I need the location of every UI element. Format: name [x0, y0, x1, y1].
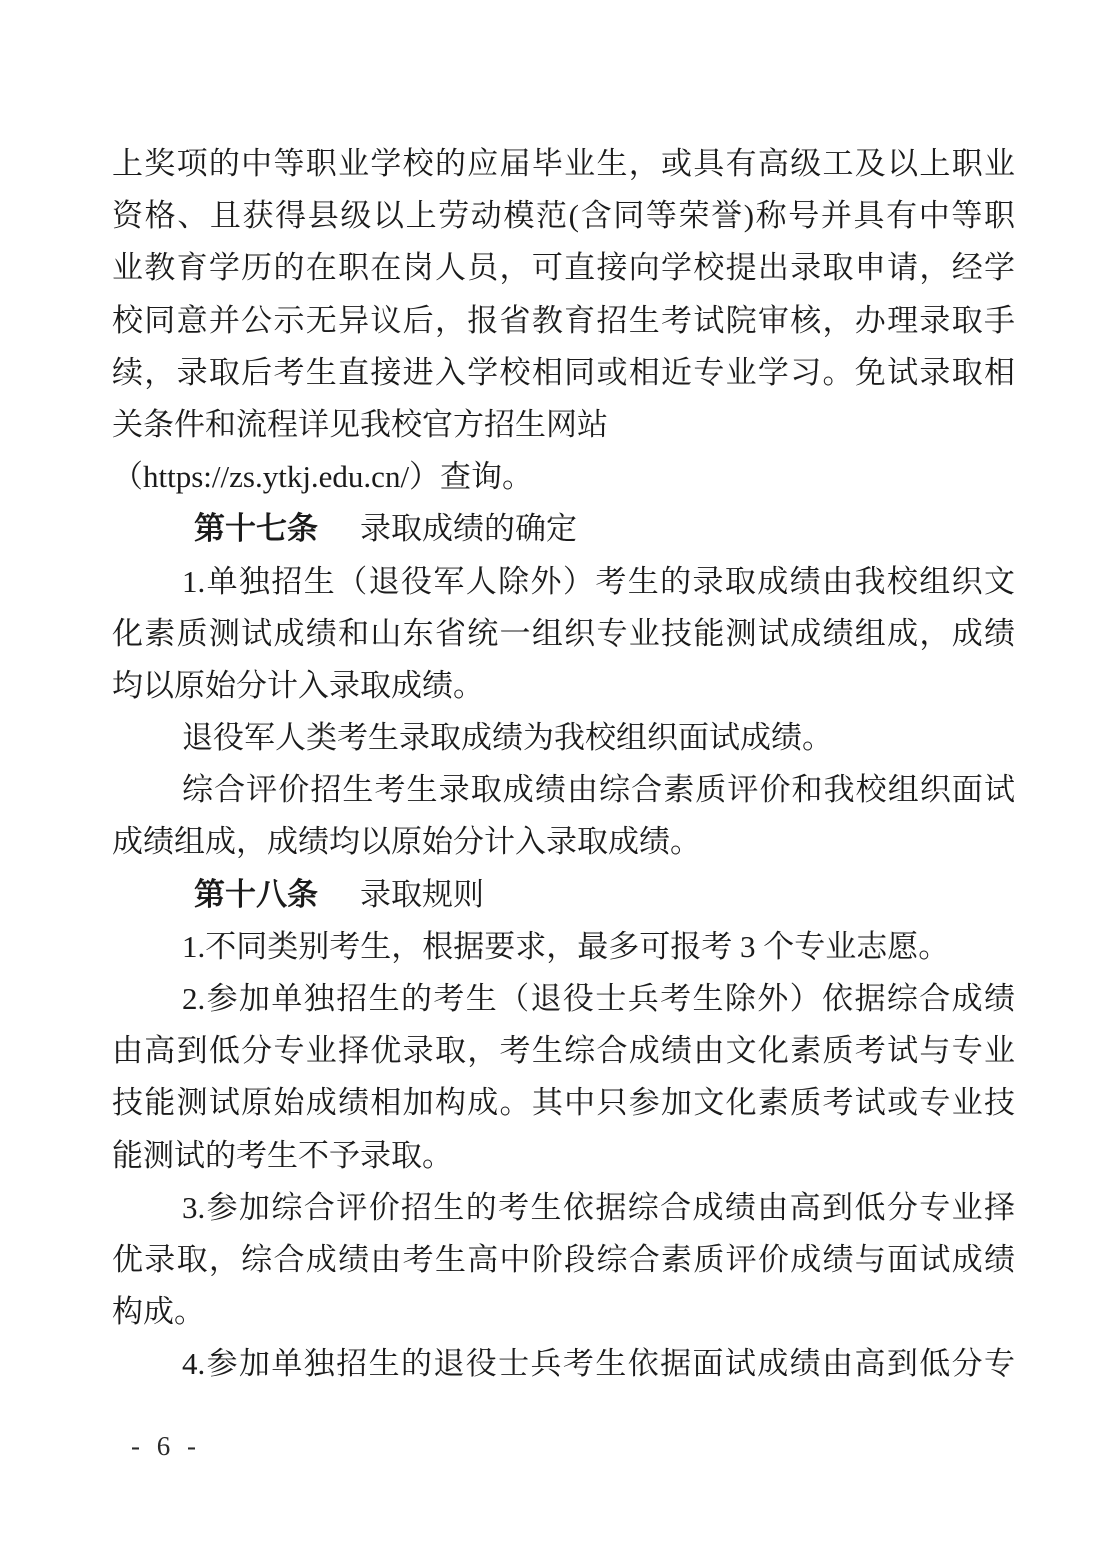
text-line: 成绩组成，成绩均以原始分计入录取成绩。 [112, 816, 1015, 868]
article-17-heading: 第十七条录取成绩的确定 [112, 503, 1015, 555]
document-page: 上奖项的中等职业学校的应届毕业生，或具有高级工及以上职业 资格、且获得县级以上劳… [0, 0, 1102, 1559]
article-title: 录取规则 [360, 877, 484, 912]
text-line: 优录取，综合成绩由考生高中阶段综合素质评价成绩与面试成绩 [112, 1234, 1015, 1286]
text-line: 续，录取后考生直接进入学校相同或相近专业学习。免试录取相 [112, 347, 1015, 399]
text-line: 1.单独招生（退役军人除外）考生的录取成绩由我校组织文 [112, 556, 1015, 608]
article-number: 第十七条 [194, 511, 318, 546]
text-line: 技能测试原始成绩相加构成。其中只参加文化素质考试或专业技 [112, 1077, 1015, 1129]
text-line: 校同意并公示无异议后，报省教育招生考试院审核，办理录取手 [112, 295, 1015, 347]
text-line: 上奖项的中等职业学校的应届毕业生，或具有高级工及以上职业 [112, 138, 1015, 190]
text-line: 均以原始分计入录取成绩。 [112, 660, 1015, 712]
page-number: - 6 - [131, 1431, 201, 1462]
text-line: 由高到低分专业择优录取，考生综合成绩由文化素质考试与专业 [112, 1025, 1015, 1077]
article-number: 第十八条 [194, 877, 318, 912]
admissions-url-line: （https://zs.ytkj.edu.cn/）查询。 [112, 451, 1015, 503]
text-line: 业教育学历的在职在岗人员，可直接向学校提出录取申请，经学 [112, 242, 1015, 294]
text-line: 关条件和流程详见我校官方招生网站 [112, 399, 1015, 451]
text-line: 1.不同类别考生，根据要求，最多可报考 3 个专业志愿。 [112, 921, 1015, 973]
text-line: 3.参加综合评价招生的考生依据综合成绩由高到低分专业择 [112, 1182, 1015, 1234]
article-title: 录取成绩的确定 [360, 511, 577, 546]
text-line: 退役军人类考生录取成绩为我校组织面试成绩。 [112, 712, 1015, 764]
text-line: 4.参加单独招生的退役士兵考生依据面试成绩由高到低分专 [112, 1338, 1015, 1390]
text-line: 资格、且获得县级以上劳动模范(含同等荣誉)称号并具有中等职 [112, 190, 1015, 242]
text-line: 综合评价招生考生录取成绩由综合素质评价和我校组织面试 [112, 764, 1015, 816]
document-body: 上奖项的中等职业学校的应届毕业生，或具有高级工及以上职业 资格、且获得县级以上劳… [112, 138, 1015, 1391]
article-18-heading: 第十八条录取规则 [112, 869, 1015, 921]
text-line: 化素质测试成绩和山东省统一组织专业技能测试成绩组成，成绩 [112, 608, 1015, 660]
text-line: 2.参加单独招生的考生（退役士兵考生除外）依据综合成绩 [112, 973, 1015, 1025]
text-line: 构成。 [112, 1286, 1015, 1338]
text-line: 能测试的考生不予录取。 [112, 1130, 1015, 1182]
